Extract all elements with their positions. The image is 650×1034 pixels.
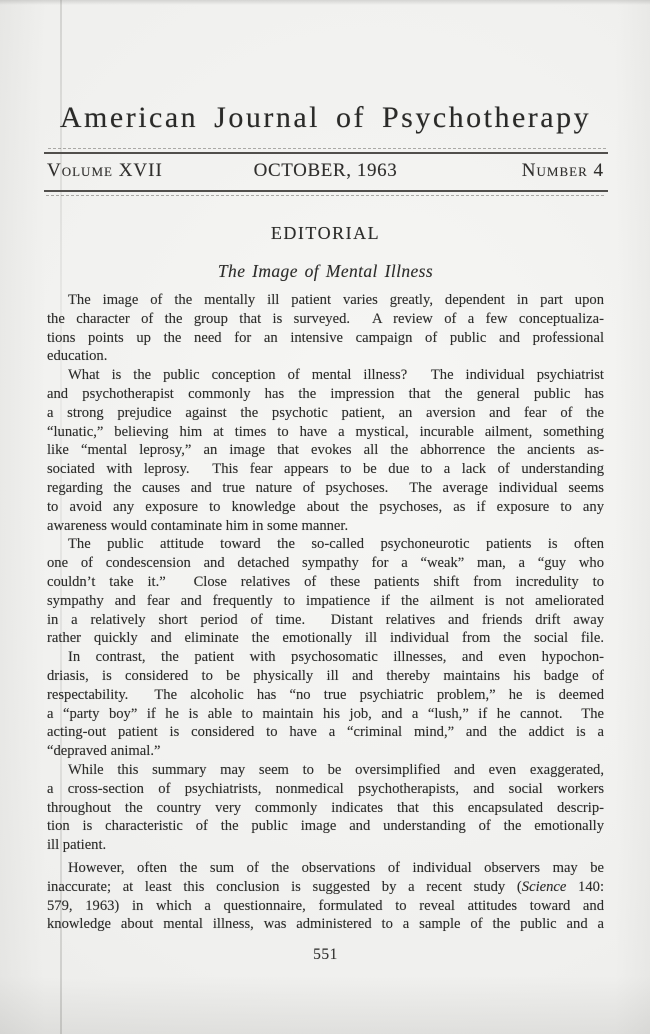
text-line: driasis, is considered to be physically … xyxy=(47,667,604,686)
text-line: sociated with leprosy. This fear appears… xyxy=(47,460,604,479)
text-line: 579, 1963) in which a questionnaire, for… xyxy=(47,897,604,916)
text-line: sympathy and fear and frequently to impa… xyxy=(47,592,604,611)
text-line: the character of the group that is surve… xyxy=(47,310,604,329)
scanned-journal-page: American Journal of Psychotherapy Volume… xyxy=(0,0,650,1034)
text-line: However, often the sum of the observatio… xyxy=(47,859,604,878)
text-line: like “mental leprosy,” an image that evo… xyxy=(47,441,604,460)
article-title: The Image of Mental Illness xyxy=(47,261,604,282)
text-line: acting-out patient is considered to have… xyxy=(47,723,604,742)
text-line: ill patient. xyxy=(47,836,604,855)
journal-title: American Journal of Psychotherapy xyxy=(47,100,604,136)
text-line: in a relatively short period of time. Di… xyxy=(47,611,604,630)
text-line: What is the public conception of mental … xyxy=(47,366,604,385)
text-line: and psychotherapist commonly has the imp… xyxy=(47,385,604,404)
text-line: a “party boy” if he is able to maintain … xyxy=(47,705,604,724)
text-line: awareness would contaminate him in some … xyxy=(47,517,604,536)
header-rule-bottom xyxy=(44,190,608,192)
text-line: inaccurate; at least this conclusion is … xyxy=(47,878,604,897)
section-heading: EDITORIAL xyxy=(47,223,604,244)
text-line: tion is characteristic of the public ima… xyxy=(47,817,604,836)
paragraph: The image of the mentally ill patient va… xyxy=(47,291,604,366)
text-line: a strong prejudice against the psychotic… xyxy=(47,404,604,423)
masthead-row: Volume XVII OCTOBER, 1963 Number 4 xyxy=(47,160,604,182)
paragraph: While this summary may seem to be oversi… xyxy=(47,761,604,855)
text-line: The image of the mentally ill patient va… xyxy=(47,291,604,310)
header-rule-top xyxy=(44,152,608,154)
paragraph: What is the public conception of mental … xyxy=(47,366,604,535)
text-line: “depraved animal.” xyxy=(47,742,604,761)
paragraph: The public attitude toward the so-called… xyxy=(47,535,604,648)
page-number: 551 xyxy=(47,946,604,964)
text-line: In contrast, the patient with psychosoma… xyxy=(47,648,604,667)
text-line: education. xyxy=(47,347,604,366)
text-line: respectability. The alcoholic has “no tr… xyxy=(47,686,604,705)
text-line: throughout the country very commonly ind… xyxy=(47,799,604,818)
text-line: rather quickly and eliminate the emotion… xyxy=(47,629,604,648)
text-line: couldn’t take it.” Close relatives of th… xyxy=(47,573,604,592)
issue-number: Number 4 xyxy=(522,160,604,182)
text-line: regarding the causes and true nature of … xyxy=(47,479,604,498)
volume-label: Volume XVII xyxy=(47,160,163,182)
text-line: While this summary may seem to be oversi… xyxy=(47,761,604,780)
paragraph: However, often the sum of the observatio… xyxy=(47,859,604,934)
article-paragraphs: The image of the mentally ill patient va… xyxy=(47,291,604,934)
text-line: tions points up the need for an intensiv… xyxy=(47,329,604,348)
text-line: The public attitude toward the so-called… xyxy=(47,535,604,554)
text-line: knowledge about mental illness, was admi… xyxy=(47,915,604,934)
text-line: one of condescension and detached sympat… xyxy=(47,554,604,573)
text-line: a cross-section of psychiatrists, nonmed… xyxy=(47,780,604,799)
text-line: to avoid any exposure to knowledge about… xyxy=(47,498,604,517)
paragraph: In contrast, the patient with psychosoma… xyxy=(47,648,604,761)
issue-date: OCTOBER, 1963 xyxy=(254,160,398,182)
text-line: “lunatic,” believing him at times to hav… xyxy=(47,423,604,442)
